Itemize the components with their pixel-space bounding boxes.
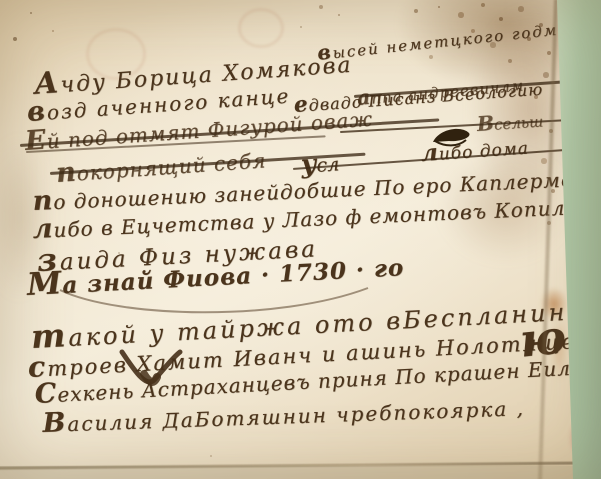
- foxing-speckles: [0, 0, 2, 2]
- backing-cloth: [553, 0, 601, 479]
- manuscript-interlinear-insert: высей неметцкого годм: [316, 16, 559, 65]
- manuscript-line-3b: Всельш: [476, 107, 544, 136]
- fold-darkening: [0, 466, 601, 479]
- water-ring-stain: [238, 8, 284, 48]
- paper-edge-shadow: [538, 0, 558, 479]
- manuscript-line-4c: либо дома: [420, 132, 530, 166]
- manuscript-scan: высей неметцкого годмАчду Борица Хомяков…: [0, 0, 601, 479]
